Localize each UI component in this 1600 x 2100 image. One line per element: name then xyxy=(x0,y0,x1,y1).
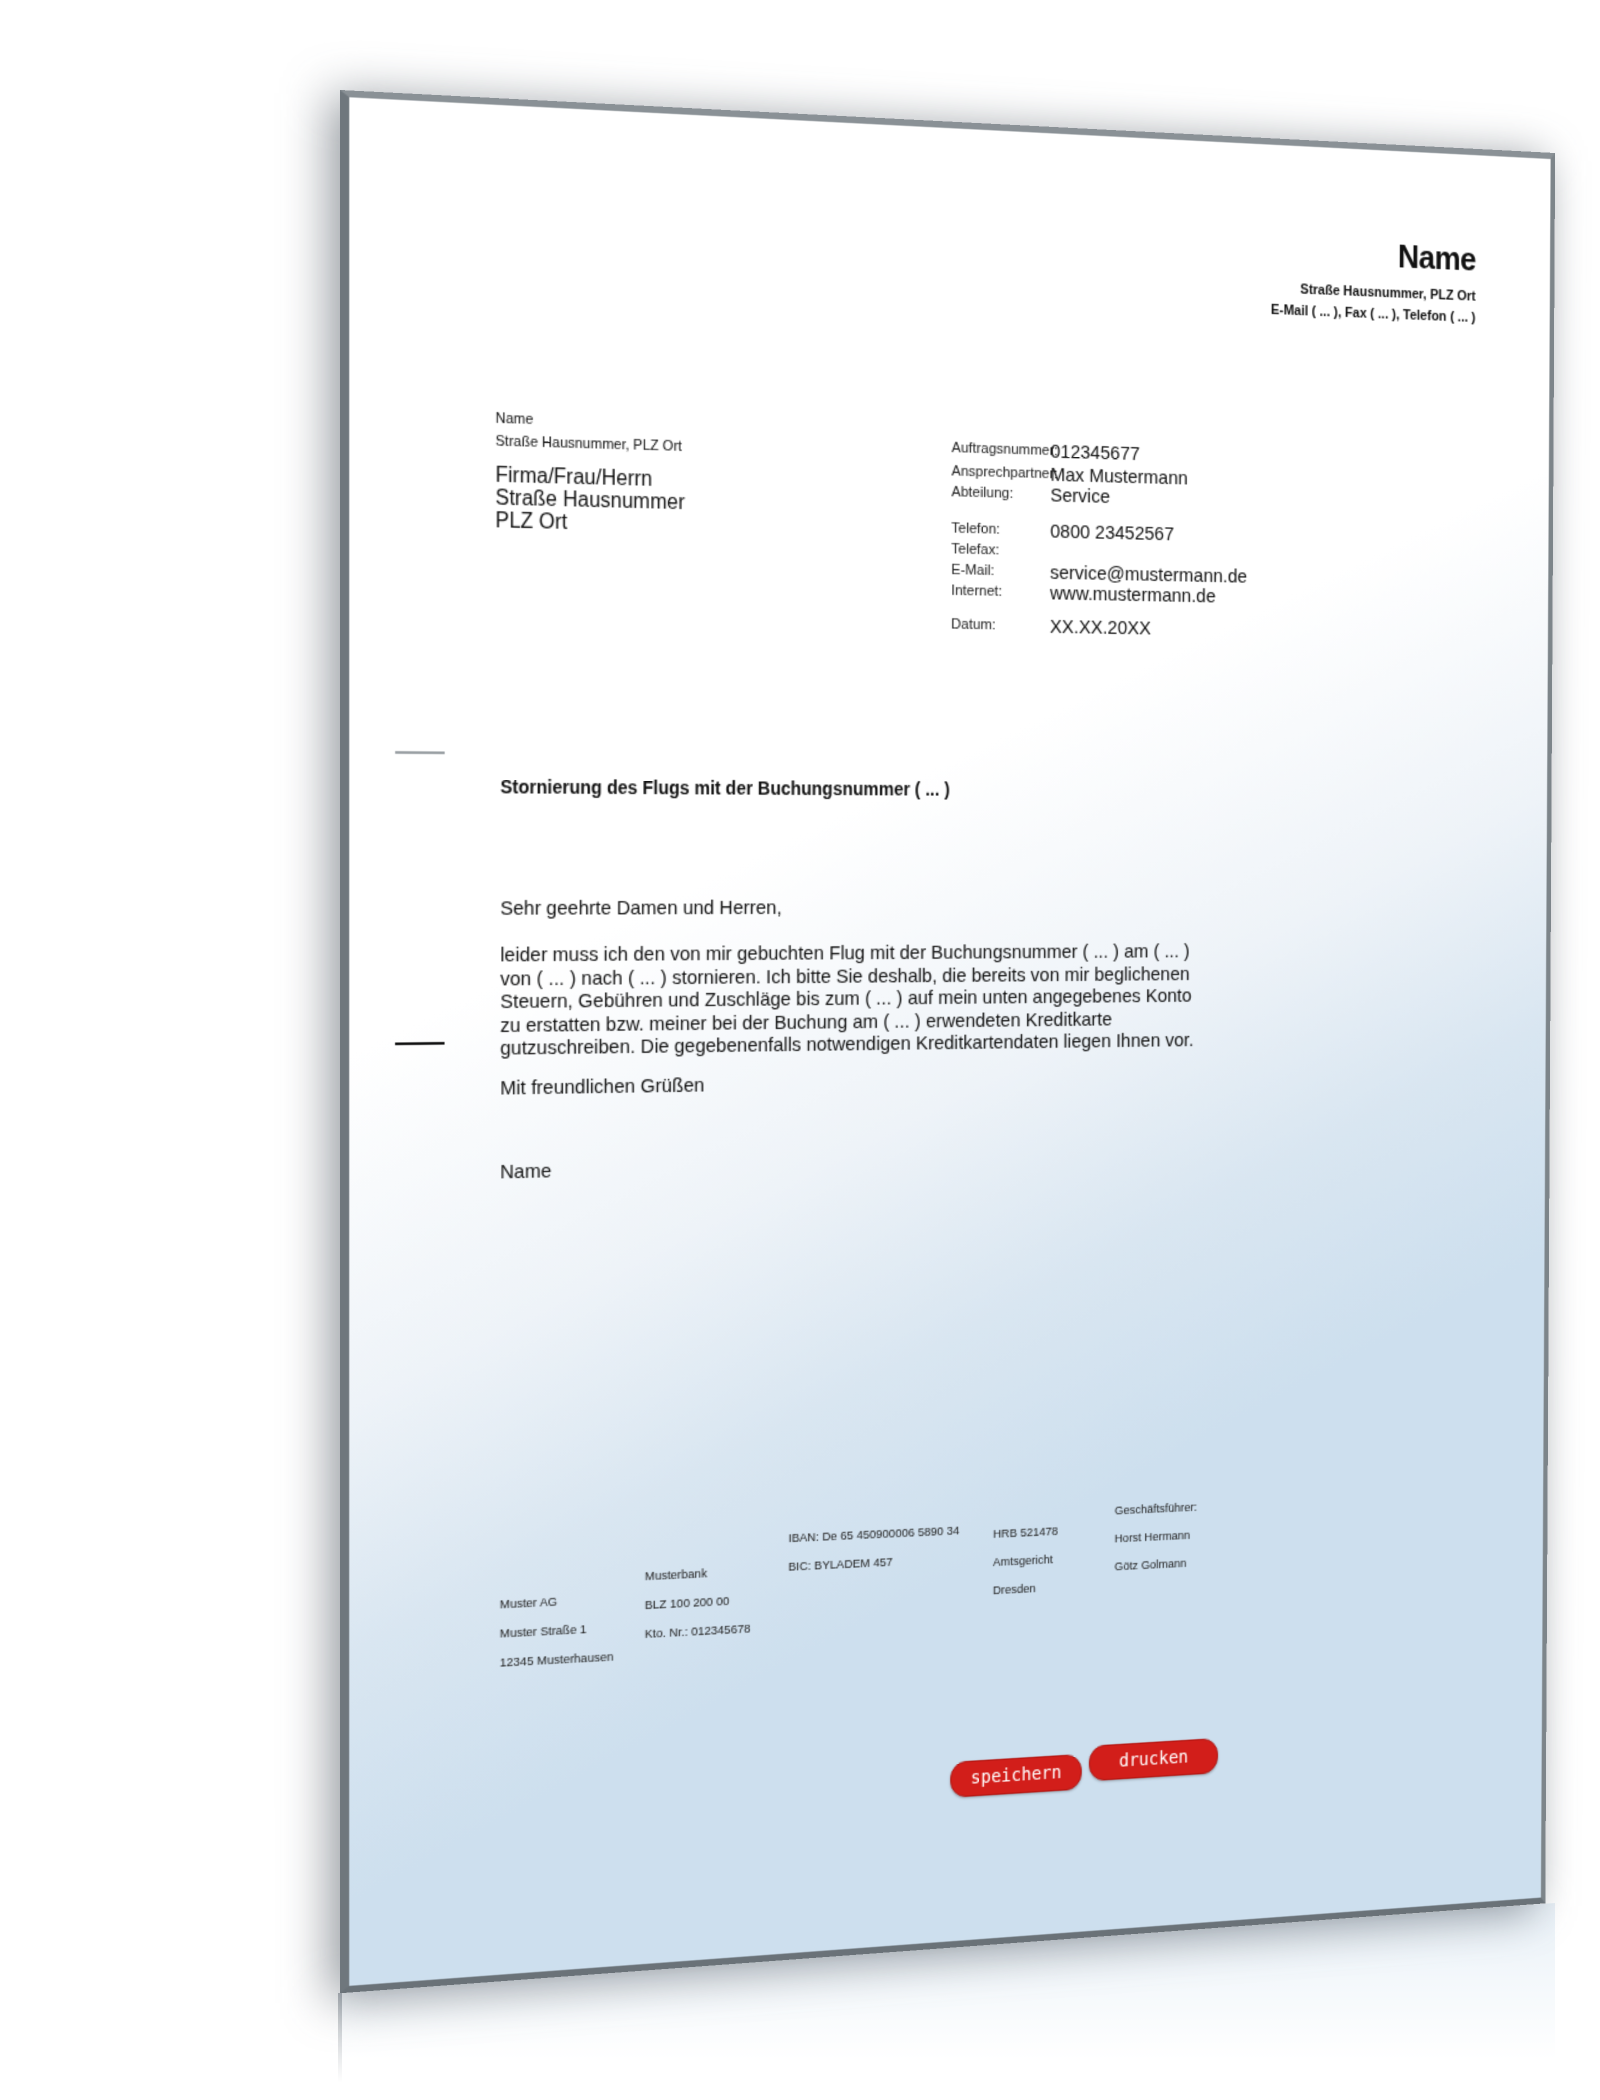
info-label: Telefax: xyxy=(951,542,999,559)
info-label: Ansprechpartner: xyxy=(951,464,1057,482)
info-value: www.mustermann.de xyxy=(1050,583,1216,608)
footer-management: Geschäftsführer: Horst Hermann Götz Golm… xyxy=(1114,1494,1197,1581)
info-label: Datum: xyxy=(951,617,996,633)
recipient-address: Firma/Frau/Herrn Straße Hausnummer PLZ O… xyxy=(495,464,685,537)
info-value: 012345677 xyxy=(1050,441,1139,465)
letter-subject: Stornierung des Flugs mit der Buchungsnu… xyxy=(500,776,949,800)
sender-address: Straße Hausnummer, PLZ Ort xyxy=(1300,282,1475,304)
info-value: XX.XX.20XX xyxy=(1050,616,1151,640)
letter-salutation: Sehr geehrte Damen und Herren, xyxy=(500,897,782,920)
recipient-line: PLZ Ort xyxy=(495,510,684,537)
letter-signature: Name xyxy=(500,1160,551,1184)
info-label: Internet: xyxy=(951,583,1002,600)
footer-company: Muster AG Muster Straße 1 12345 Musterha… xyxy=(500,1586,614,1679)
print-button[interactable]: drucken xyxy=(1089,1738,1218,1781)
info-label: Telefon: xyxy=(951,521,1000,538)
info-value: 0800 23452567 xyxy=(1050,521,1174,546)
document-preview: Name Straße Hausnummer, PLZ Ort E-Mail (… xyxy=(0,0,1600,2100)
info-label: Auftragsnummer: xyxy=(952,440,1058,459)
info-value: Service xyxy=(1050,485,1110,508)
footer-bank: Musterbank BLZ 100 200 00 Kto. Nr.: 0123… xyxy=(645,1558,751,1650)
sender-name: Name xyxy=(1398,237,1476,279)
letter-closing: Mit freundlichen Grüßen xyxy=(500,1074,704,1099)
fold-mark xyxy=(395,1042,444,1045)
info-label: E-Mail: xyxy=(951,562,994,578)
save-button[interactable]: speichern xyxy=(950,1754,1082,1798)
footer-line: Götz Golmann xyxy=(1114,1550,1197,1582)
page-reflection-edge xyxy=(338,1993,342,2083)
fold-mark xyxy=(395,751,445,754)
sender-contact: E-Mail ( ... ), Fax ( ... ), Telefon ( .… xyxy=(1271,302,1476,325)
footer-line: Dresden xyxy=(993,1574,1058,1605)
info-label: Abteilung: xyxy=(951,485,1013,502)
footer-register: HRB 521478 Amtsgericht Dresden xyxy=(993,1518,1058,1605)
footer-line: 12345 Musterhausen xyxy=(500,1644,614,1679)
letter-page: Name Straße Hausnummer, PLZ Ort E-Mail (… xyxy=(340,90,1555,1993)
return-address-line: Straße Hausnummer, PLZ Ort xyxy=(495,434,682,455)
footer-line: HRB 521478 xyxy=(993,1518,1058,1549)
return-address-name: Name xyxy=(495,411,533,428)
footer-iban: IBAN: De 65 450900006 5890 34 BIC: BYLAD… xyxy=(788,1518,959,1583)
footer-line: Geschäftsführer: xyxy=(1115,1494,1198,1526)
letter-body: leider muss ich den von mir gebuchten Fl… xyxy=(500,941,1200,1061)
footer-line: Kto. Nr.: 012345678 xyxy=(645,1616,751,1650)
footer-line: Amtsgericht xyxy=(993,1546,1058,1577)
footer-line: Horst Hermann xyxy=(1114,1522,1197,1554)
